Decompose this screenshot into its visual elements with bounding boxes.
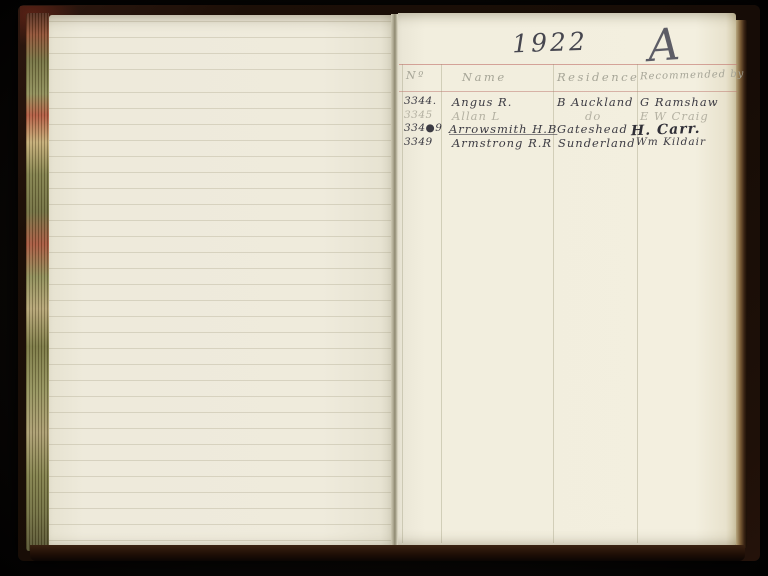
entry-2-no: 3345 [404,109,433,121]
header-no: Nº [406,69,426,82]
ledger-photo: 1922 A Nº Name Residence Recommended by … [0,0,768,576]
entry-3-residence: Gateshead [557,122,628,136]
entry-4-name: Armstrong R.R [452,136,552,150]
entry-1-recommended-by: G Ramshaw [640,95,719,109]
column-line-left [402,64,403,543]
entry-2-name: Allan L [452,109,500,123]
right-ledger-page [398,13,736,547]
index-letter: A [646,19,682,72]
table-rule-top [399,64,737,65]
left-blank-page [49,15,391,550]
marbled-page-edges [26,13,49,551]
year-heading: 1922 [500,26,601,58]
entry-1-residence: B Auckland [557,95,634,109]
entry-3-no: 334●9 [404,122,442,134]
right-page-edges [736,20,747,548]
entry-1-no: 3344. [404,95,437,107]
entry-4-residence: Sunderland [558,136,636,150]
entry-4-recommended-by: Wm Kildair [636,136,706,148]
table-rule-header-bottom [399,91,737,92]
entry-4-no: 3349 [404,136,433,148]
entry-3-name: Arrowsmith H.B [449,122,557,136]
entry-1-name: Angus R. [452,95,512,109]
book-cover-bottom [30,545,745,561]
column-line-no-name [441,64,442,543]
header-residence: Residence [557,70,639,84]
header-name: Name [462,70,507,84]
entry-2-residence: do [585,109,601,123]
book-gutter [391,14,398,551]
